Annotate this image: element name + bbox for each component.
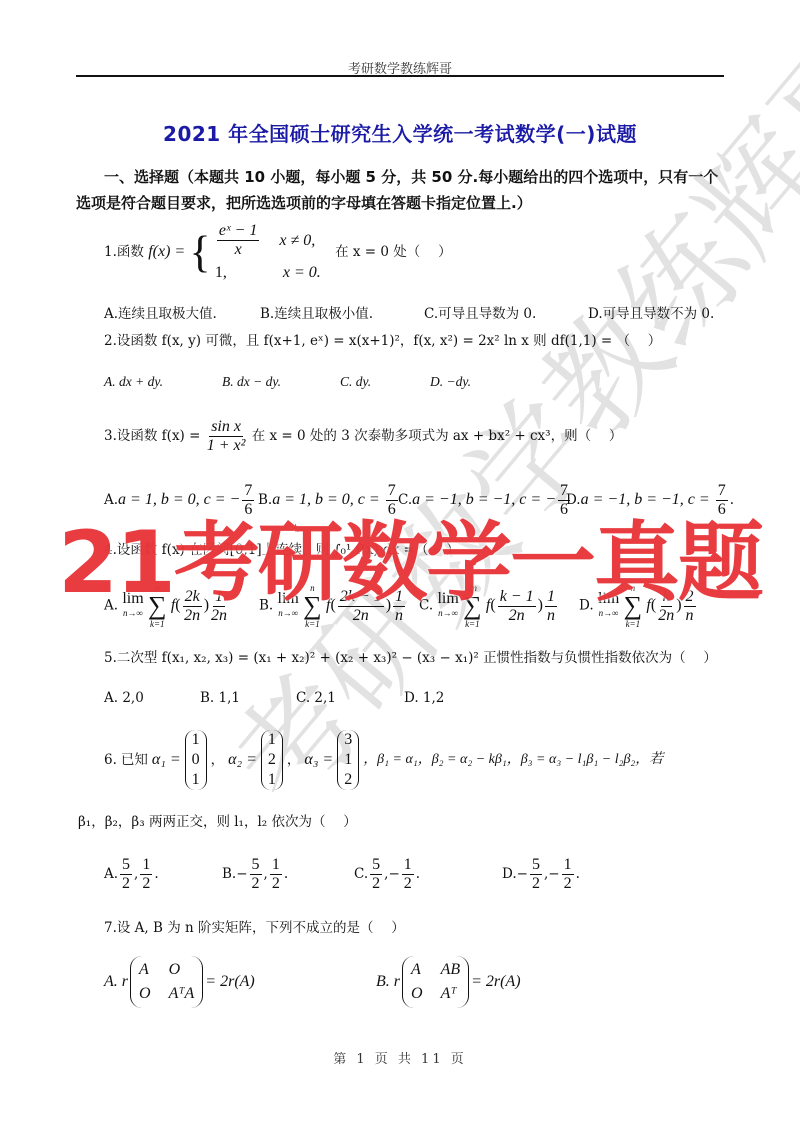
option-c[interactable]: C.可导且导数为 0. bbox=[424, 302, 588, 322]
option-d[interactable]: D.可导且导数不为 0. bbox=[588, 302, 714, 322]
vector-alpha2: 121 bbox=[261, 730, 283, 790]
vector-alpha1: 101 bbox=[185, 730, 207, 790]
question-6: 6.已知 α₁ = 101 ， α₂ = 121 ， α₃ = 312 ，β₁ … bbox=[104, 730, 663, 790]
option-b[interactable]: B.连续且取极小值. bbox=[260, 302, 424, 322]
question-1-options: A.连续且取极大值. B.连续且取极小值. C.可导且导数为 0. D.可导且导… bbox=[104, 302, 724, 322]
option-d[interactable]: D.−52,−12. bbox=[502, 856, 580, 893]
page-number: 第 1 页 共 11 页 bbox=[0, 1048, 800, 1067]
option-a[interactable]: A. 2,0 bbox=[104, 690, 200, 706]
exam-title: 2021 年全国硕士研究生入学统一考试数学(一)试题 bbox=[0, 118, 800, 147]
left-brace: { bbox=[189, 228, 210, 277]
option-d[interactable]: D. 1,2 bbox=[404, 690, 444, 706]
question-2: 2.设函数 f(x, y) 可微，且 f(x+1, eˣ) = x(x+1)²，… bbox=[104, 331, 661, 351]
option-a[interactable]: A.连续且取极大值. bbox=[104, 302, 260, 322]
option-b[interactable]: B. r AABOAᵀ = 2r(A) bbox=[376, 956, 521, 1008]
option-c[interactable]: C.52,−12. bbox=[354, 856, 502, 893]
option-b[interactable]: B.−52,12. bbox=[222, 856, 354, 893]
question-6-options: A.52,12. B.−52,12. C.52,−12. D.−52,−12. bbox=[104, 856, 580, 893]
question-2-options: A. dx + dy. B. dx − dy. C. dy. D. −dy. bbox=[104, 374, 471, 390]
question-7-options: A. r AOOAᵀA = 2r(A) B. r AABOAᵀ = 2r(A) bbox=[104, 956, 704, 1008]
option-a[interactable]: A.52,12. bbox=[104, 856, 222, 893]
section-heading: 一、选择题（本题共 10 小题，每小题 5 分，共 50 分.每小题给出的四个选… bbox=[76, 164, 726, 216]
option-c[interactable]: C. 2,1 bbox=[296, 690, 404, 706]
option-d[interactable]: D. −dy. bbox=[430, 374, 471, 390]
vector-alpha3: 312 bbox=[337, 730, 359, 790]
option-b[interactable]: B. dx − dy. bbox=[222, 374, 340, 390]
piecewise-cases: eˣ − 1x x ≠ 0, 1, x = 0. bbox=[215, 222, 321, 283]
question-3: 3.设函数 f(x) = sin x1 + x² 在 x = 0 处的 3 次泰… bbox=[104, 418, 622, 455]
question-1: 1.函数 f(x) = { eˣ − 1x x ≠ 0, 1, x = 0. 在… bbox=[104, 222, 452, 283]
option-b[interactable]: B. 1,1 bbox=[200, 690, 296, 706]
option-a[interactable]: A. dx + dy. bbox=[104, 374, 222, 390]
header-divider bbox=[76, 75, 724, 77]
question-5-options: A. 2,0 B. 1,1 C. 2,1 D. 1,2 bbox=[104, 690, 444, 706]
question-7: 7.设 A, B 为 n 阶实矩阵，下列不成立的是（ ） bbox=[104, 918, 405, 938]
question-6-line2: β₁，β₂，β₃ 两两正交，则 l₁，l₂ 依次为（ ） bbox=[78, 812, 357, 832]
option-c[interactable]: C. dy. bbox=[340, 374, 430, 390]
promo-overlay-text: 21考研数学一真题 bbox=[30, 508, 790, 618]
option-a[interactable]: A. r AOOAᵀA = 2r(A) bbox=[104, 956, 376, 1008]
question-5: 5.二次型 f(x₁, x₂, x₃) = (x₁ + x₂)² + (x₂ +… bbox=[104, 648, 717, 668]
